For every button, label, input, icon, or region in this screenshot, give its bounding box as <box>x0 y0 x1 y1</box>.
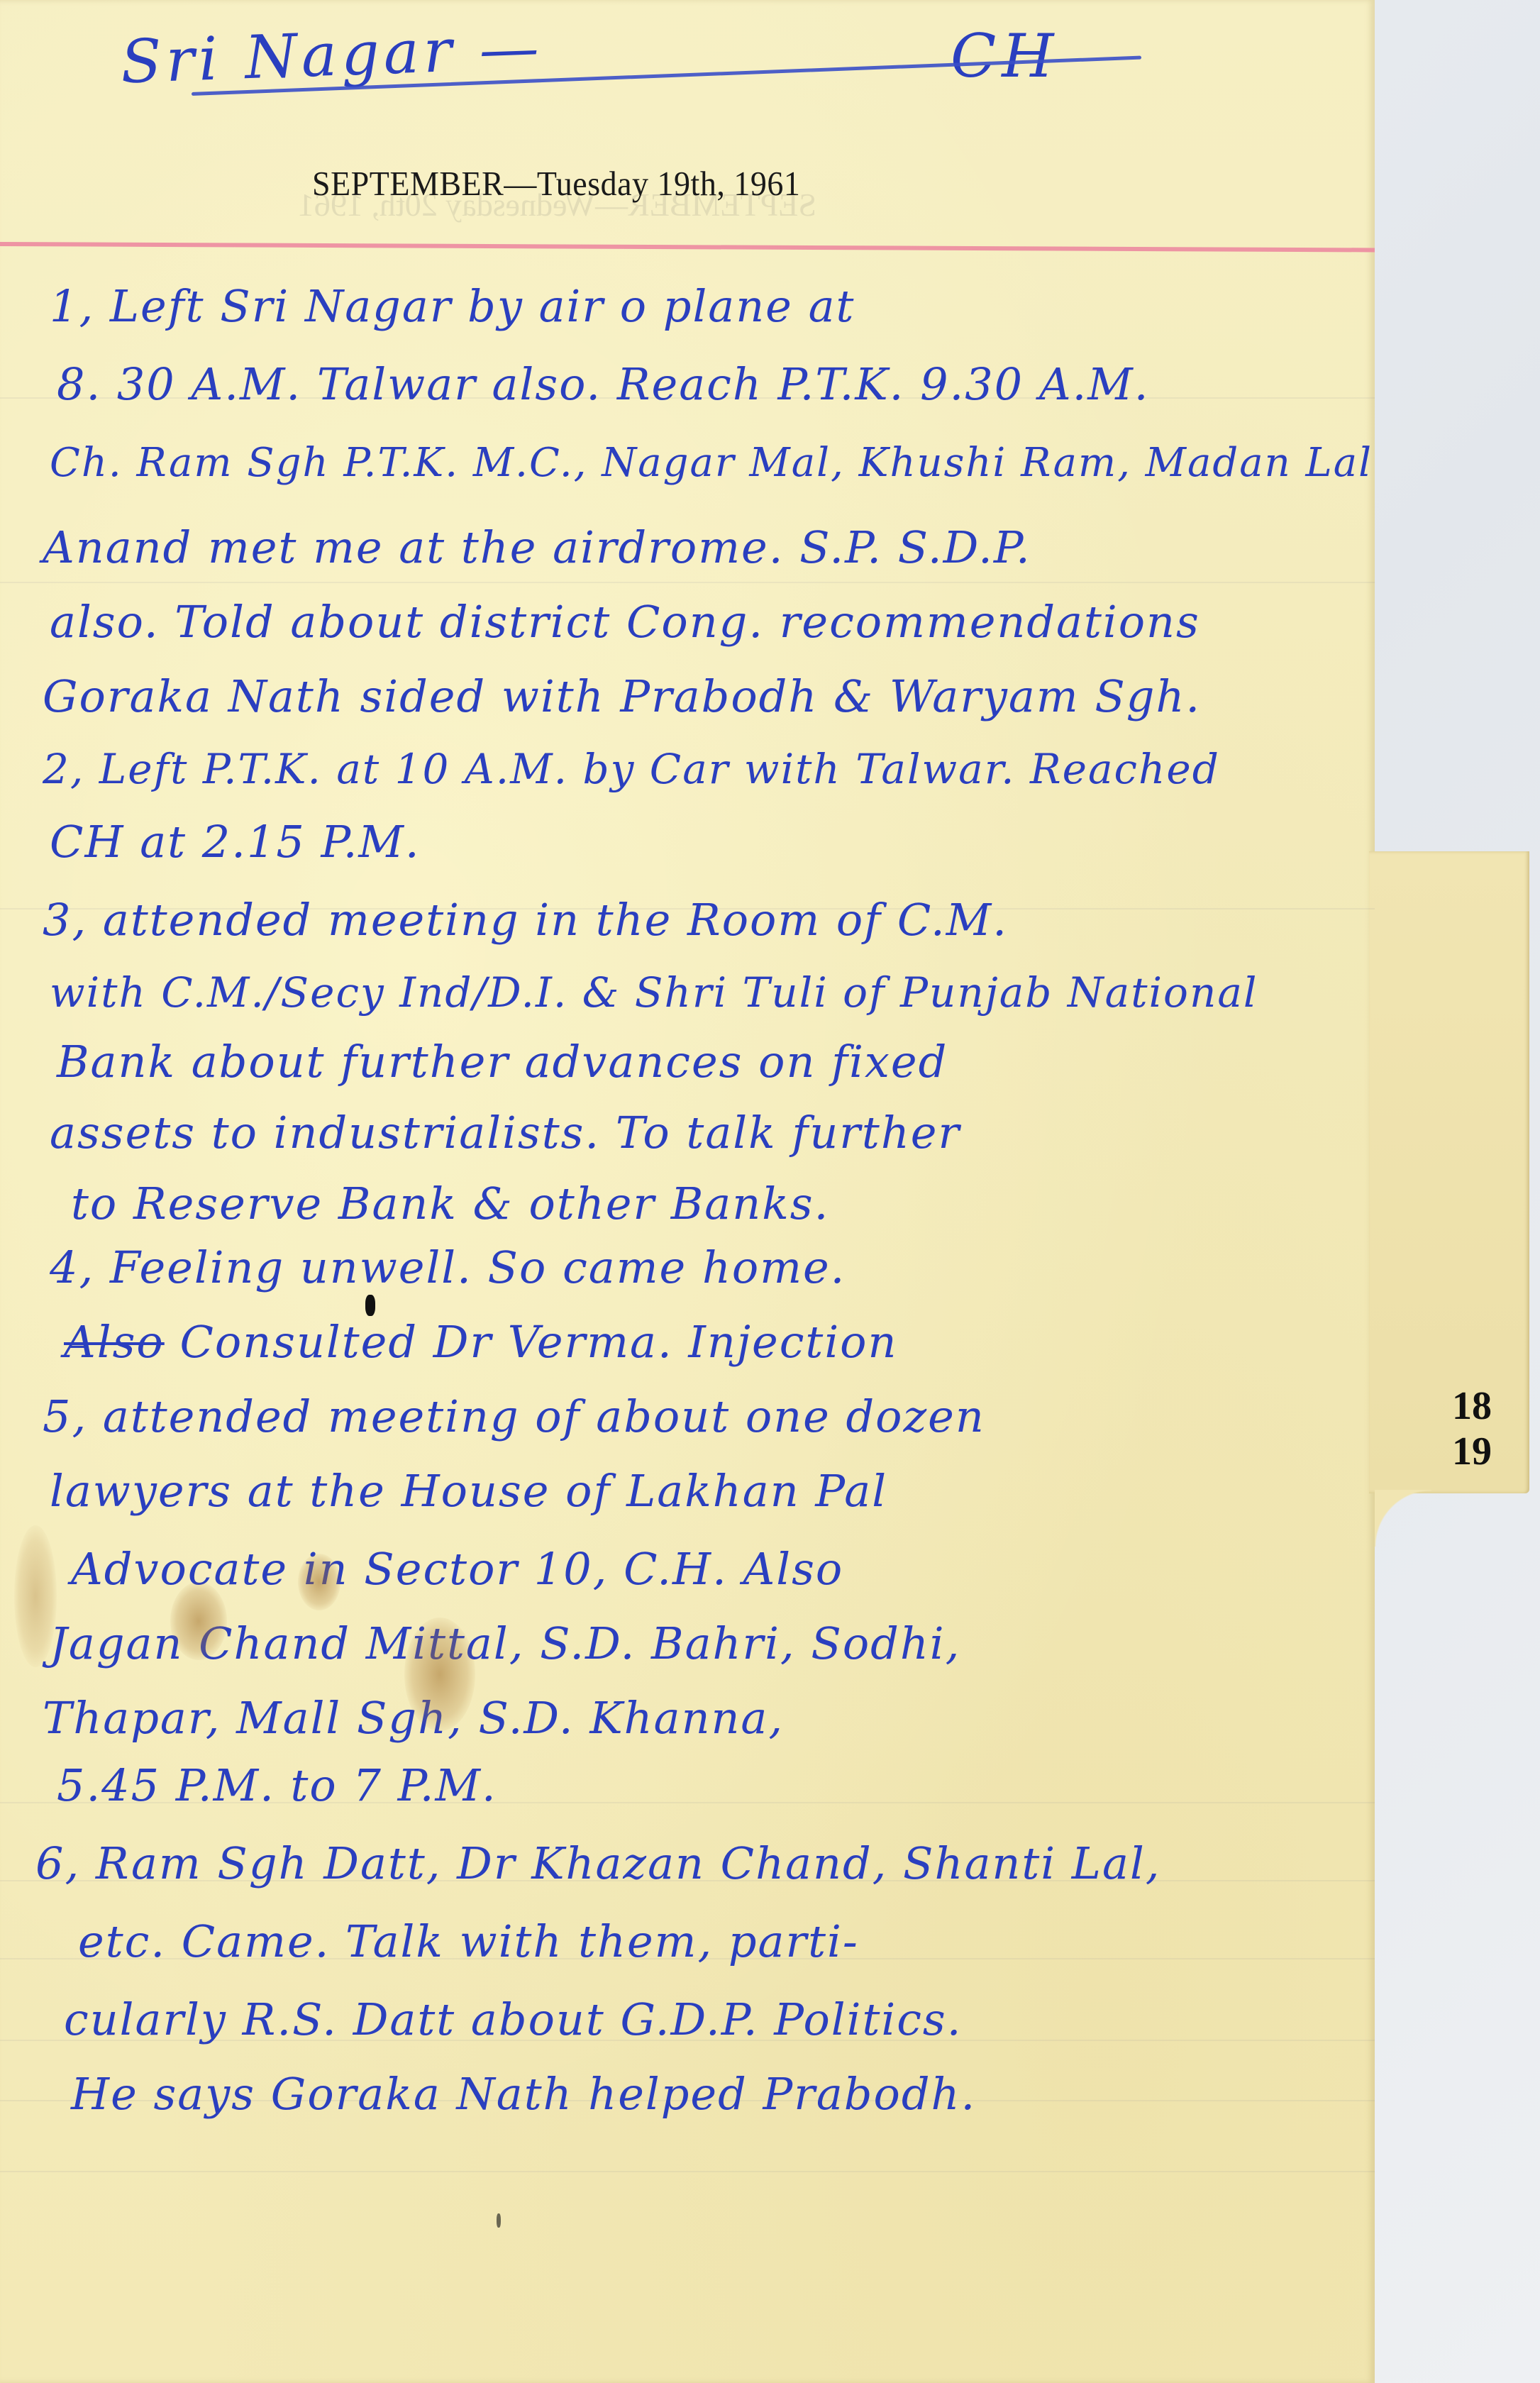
entry-line: 1, Left Sri Nagar by air o plane at <box>50 280 855 332</box>
entry-line: CH at 2.15 P.M. <box>50 816 421 868</box>
entry-line: 2, Left P.T.K. at 10 A.M. by Car with Ta… <box>43 745 1220 793</box>
ruled-line <box>0 2171 1375 2172</box>
entry-line: Goraka Nath sided with Prabodh & Waryam … <box>43 670 1201 722</box>
date-tab-numbers: 18 19 <box>1433 1383 1511 1474</box>
entry-line: with C.M./Secy Ind/D.I. & Shri Tuli of P… <box>50 968 1258 1017</box>
entry-line: 5.45 P.M. to 7 P.M. <box>57 1759 497 1811</box>
entry-line: cularly R.S. Datt about G.D.P. Politics. <box>64 1994 962 2045</box>
handwritten-heading-code: CH <box>951 21 1060 91</box>
paper-stain <box>14 1525 57 1667</box>
ink-blot <box>365 1295 375 1316</box>
entry-line: 5, attended meeting of about one dozen <box>43 1390 985 1442</box>
entry-line: also. Told about district Cong. recommen… <box>50 596 1200 648</box>
struck-word: Also <box>64 1316 165 1368</box>
entry-line: Bank about further advances on fixed <box>57 1036 948 1088</box>
entry-line: 4, Feeling unwell. So came home. <box>50 1242 846 1293</box>
entry-line: lawyers at the House of Lakhan Pal <box>50 1465 887 1517</box>
entry-line: Also Consulted Dr Verma. Injection <box>64 1316 897 1368</box>
entry-line: Anand met me at the airdrome. S.P. S.D.P… <box>43 521 1031 573</box>
ink-blot <box>497 2213 501 2228</box>
entry-line: 8. 30 A.M. Talwar also. Reach P.T.K. 9.3… <box>57 358 1150 410</box>
paper-stain <box>298 1554 340 1610</box>
entry-line-text: Consulted Dr Verma. Injection <box>165 1316 898 1368</box>
tab-date-current: 19 <box>1433 1429 1511 1474</box>
ruled-line <box>0 582 1375 583</box>
entry-line: to Reserve Bank & other Banks. <box>71 1178 829 1229</box>
date-tab-curve <box>1375 1490 1431 1547</box>
paper-stain <box>404 1618 475 1731</box>
paper-stain <box>170 1582 227 1660</box>
tab-date-previous: 18 <box>1433 1383 1511 1429</box>
entry-line: Ch. Ram Sgh P.T.K. M.C., Nagar Mal, Khus… <box>50 440 1373 486</box>
entry-line: 3, attended meeting in the Room of C.M. <box>43 894 1008 946</box>
entry-line: 6, Ram Sgh Datt, Dr Khazan Chand, Shanti… <box>35 1837 1160 1889</box>
printed-date-header: SEPTEMBER—Tuesday 19th, 1961 <box>312 164 800 204</box>
entry-line: etc. Came. Talk with them, parti- <box>78 1915 859 1967</box>
entry-line: assets to industrialists. To talk furthe… <box>50 1107 960 1159</box>
entry-line: He says Goraka Nath helped Prabodh. <box>71 2068 976 2120</box>
